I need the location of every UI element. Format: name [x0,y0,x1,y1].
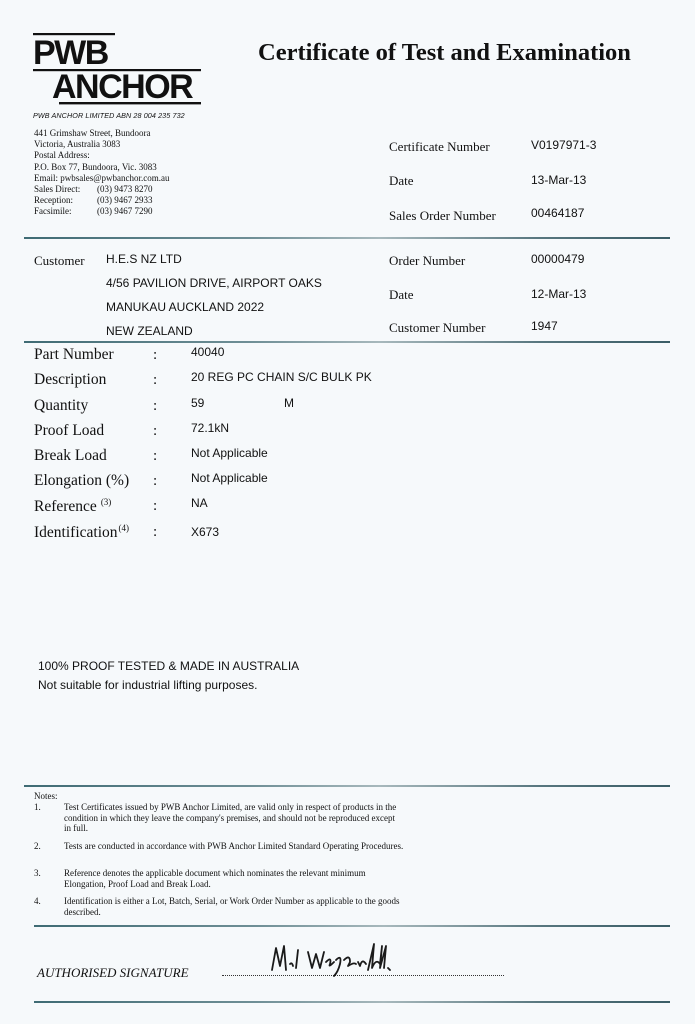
footnote-ref: (4) [119,523,130,533]
company-legal-line: PWB ANCHOR LIMITED ABN 28 004 235 732 [33,111,185,120]
description-value: 20 REG PC CHAIN S/C BULK PK [191,370,372,384]
order-date-value: 12-Mar-13 [531,287,586,301]
footnote-ref: (3) [101,497,112,507]
certificate-number-label: Certificate Number [389,139,490,155]
address-line: Victoria, Australia 3083 [34,139,170,150]
signature-icon [268,940,418,980]
customer-number-value: 1947 [531,319,558,333]
handwritten-signature [268,940,418,985]
customer-address-line: MANUKAU AUCKLAND 2022 [106,300,264,314]
phone-reception: Reception:(03) 9467 2933 [34,195,170,206]
customer-address-line: 4/56 PAVILION DRIVE, AIRPORT OAKS [106,276,322,290]
break-load-value: Not Applicable [191,446,268,460]
identification-value: X673 [191,525,219,539]
divider [24,341,670,343]
divider [24,785,670,787]
reference-value: NA [191,496,208,510]
svg-text:ANCHOR: ANCHOR [52,68,193,105]
phone-sales-direct: Sales Direct:(03) 9473 8270 [34,184,170,195]
elongation-value: Not Applicable [191,471,268,485]
order-date-label: Date [389,287,414,303]
certificate-date-value: 13-Mar-13 [531,173,586,187]
document-title: Certificate of Test and Examination [258,39,631,67]
part-number-value: 40040 [191,345,224,359]
authorised-signature-label: AUTHORISED SIGNATURE [37,965,189,981]
sales-order-number-label: Sales Order Number [389,208,496,224]
address-line: P.O. Box 77, Bundoora, Vic. 3083 [34,162,170,173]
address-line: 441 Grimshaw Street, Bundoora [34,128,170,139]
order-number-value: 00000479 [531,252,584,266]
customer-name: H.E.S NZ LTD [106,252,182,266]
email-line: Email: pwbsales@pwbanchor.com.au [34,173,170,184]
customer-label: Customer [34,253,85,269]
company-logo: PWB ANCHOR [33,33,201,105]
pwb-anchor-logo-icon: PWB ANCHOR [33,33,201,105]
svg-text:PWB: PWB [33,34,109,72]
certificate-date-label: Date [389,173,414,189]
divider [34,925,670,927]
customer-country: NEW ZEALAND [106,324,193,338]
quantity-unit: M [284,396,294,410]
customer-number-label: Customer Number [389,320,485,336]
order-number-label: Order Number [389,253,465,269]
certificate-number-value: V0197971-3 [531,138,596,152]
proof-tested-statement: 100% PROOF TESTED & MADE IN AUSTRALIA [38,659,299,673]
sales-order-number-value: 00464187 [531,206,584,220]
company-address: 441 Grimshaw Street, Bundoora Victoria, … [34,128,170,218]
lifting-disclaimer: Not suitable for industrial lifting purp… [38,678,257,692]
phone-facsimile: Facsimile:(03) 9467 7290 [34,206,170,217]
address-line: Postal Address: [34,150,170,161]
quantity-value: 59 [191,396,204,410]
proof-load-value: 72.1kN [191,421,229,435]
divider [34,1001,670,1003]
notes-title: Notes: [34,791,58,801]
divider [24,237,670,239]
